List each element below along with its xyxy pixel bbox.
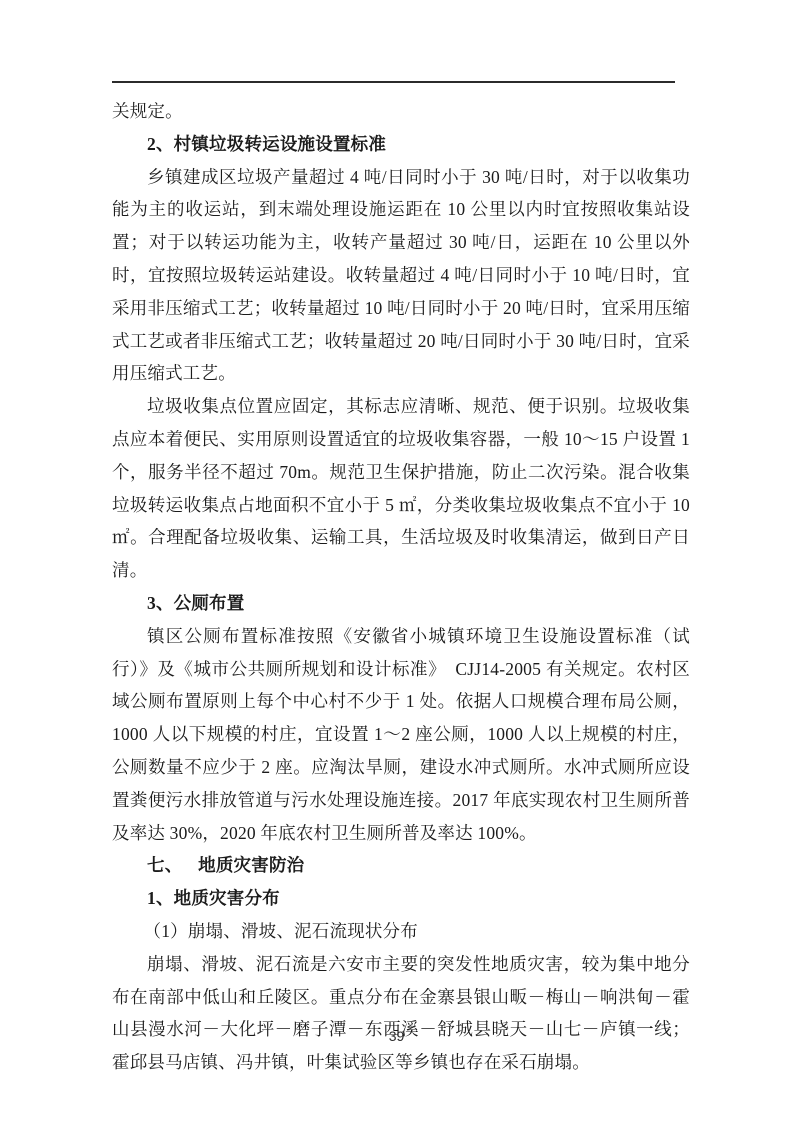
subheading-landslide-current-distribution: （1）崩塌、滑坡、泥石流现状分布 (112, 915, 690, 948)
document-body: 关规定。 2、村镇垃圾转运设施设置标准 乡镇建成区垃圾产量超过 4 吨/日同时小… (112, 95, 690, 1079)
document-page: 关规定。 2、村镇垃圾转运设施设置标准 乡镇建成区垃圾产量超过 4 吨/日同时小… (0, 0, 793, 1122)
heading-public-toilet-layout: 3、公厕布置 (112, 587, 690, 620)
page-number: 39 (0, 1028, 793, 1044)
paragraph-waste-collection-points: 垃圾收集点位置应固定，其标志应清晰、规范、便于识别。垃圾收集点应本着便民、实用原… (112, 390, 690, 587)
heading-geological-disaster-prevention: 七、地质灾害防治 (112, 849, 690, 882)
heading-geological-disaster-distribution: 1、地质灾害分布 (112, 882, 690, 915)
paragraph-continued-from-previous-page: 关规定。 (112, 95, 690, 128)
header-rule (112, 81, 675, 83)
paragraph-landslide-distribution-detail: 崩塌、滑坡、泥石流是六安市主要的突发性地质灾害，较为集中地分布在南部中低山和丘陵… (112, 948, 690, 1079)
heading-number: 七、 (147, 855, 182, 875)
heading-title: 地质灾害防治 (198, 855, 304, 875)
paragraph-waste-transfer-requirements: 乡镇建成区垃圾产量超过 4 吨/日同时小于 30 吨/日时，对于以收集功能为主的… (112, 161, 690, 391)
paragraph-public-toilet-standards: 镇区公厕布置标准按照《安徽省小城镇环境卫生设施设置标准（试行）》及《城市公共厕所… (112, 620, 690, 850)
heading-village-waste-transfer-standard: 2、村镇垃圾转运设施设置标准 (112, 128, 690, 161)
